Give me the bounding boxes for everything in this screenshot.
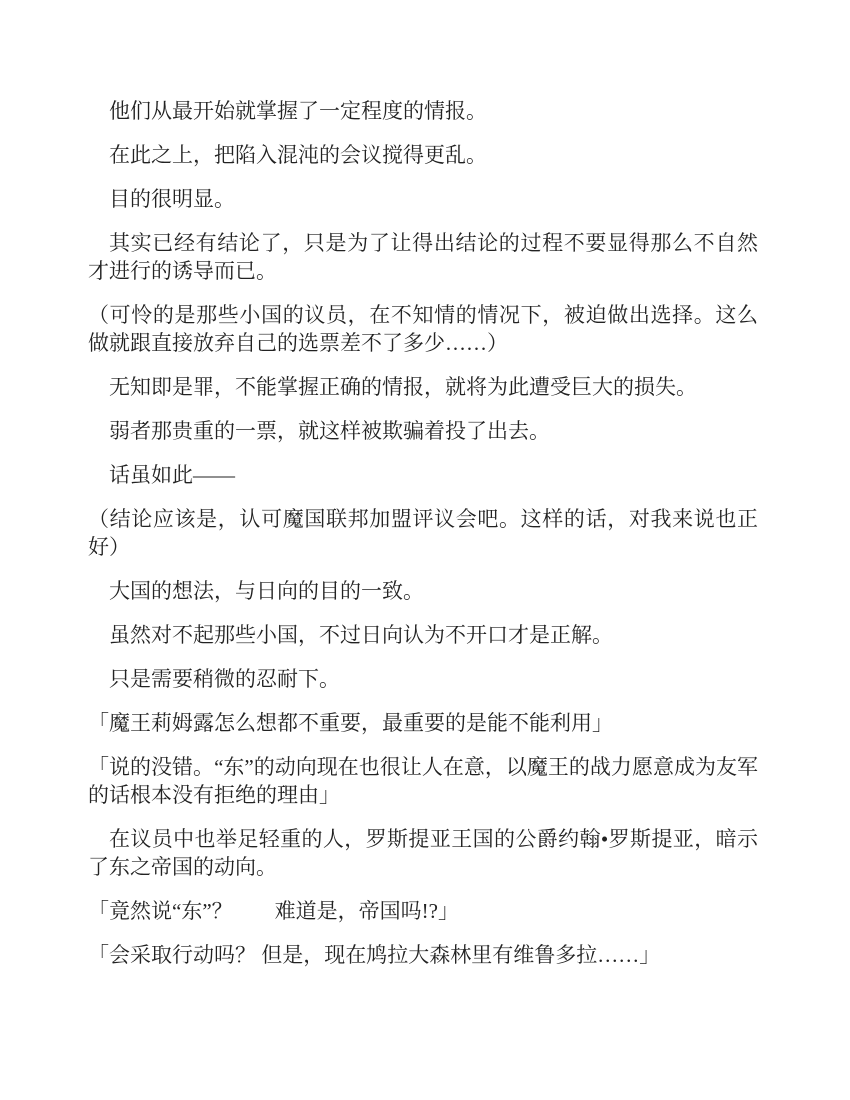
paragraph: 大国的想法，与日向的目的一致。 [88,577,758,605]
paragraph: （可怜的是那些小国的议员，在不知情的情况下，被迫做出选择。这么做就跟直接放弃自己… [88,301,758,357]
paragraph: 弱者那贵重的一票，就这样被欺骗着投了出去。 [88,417,758,445]
paragraph: 「竟然说“东”？ 难道是，帝国吗!?」 [88,897,758,925]
paragraph: 话虽如此—— [88,461,758,489]
text-column: 他们从最开始就掌握了一定程度的情报。在此之上，把陷入混沌的会议搅得更乱。目的很明… [88,97,758,985]
paragraph: 其实已经有结论了，只是为了让得出结论的过程不要显得那么不自然才进行的诱导而已。 [88,229,758,285]
paragraph: 虽然对不起那些小国，不过日向认为不开口才是正解。 [88,621,758,649]
paragraph: 只是需要稍微的忍耐下。 [88,665,758,693]
paragraph: （结论应该是，认可魔国联邦加盟评议会吧。这样的话，对我来说也正好） [88,505,758,561]
paragraph: 他们从最开始就掌握了一定程度的情报。 [88,97,758,125]
paragraph: 在议员中也举足轻重的人，罗斯提亚王国的公爵约翰•罗斯提亚，暗示了东之帝国的动向。 [88,825,758,881]
paragraph: 在此之上，把陷入混沌的会议搅得更乱。 [88,141,758,169]
novel-page: 他们从最开始就掌握了一定程度的情报。在此之上，把陷入混沌的会议搅得更乱。目的很明… [0,0,850,1100]
paragraph: 无知即是罪，不能掌握正确的情报，就将为此遭受巨大的损失。 [88,373,758,401]
paragraph: 「魔王莉姆露怎么想都不重要，最重要的是能不能利用」 [88,709,758,737]
paragraph: 目的很明显。 [88,185,758,213]
paragraph: 「会采取行动吗？ 但是，现在鸠拉大森林里有维鲁多拉……」 [88,941,758,969]
paragraph: 「说的没错。“东”的动向现在也很让人在意，以魔王的战力愿意成为友军的话根本没有拒… [88,753,758,809]
